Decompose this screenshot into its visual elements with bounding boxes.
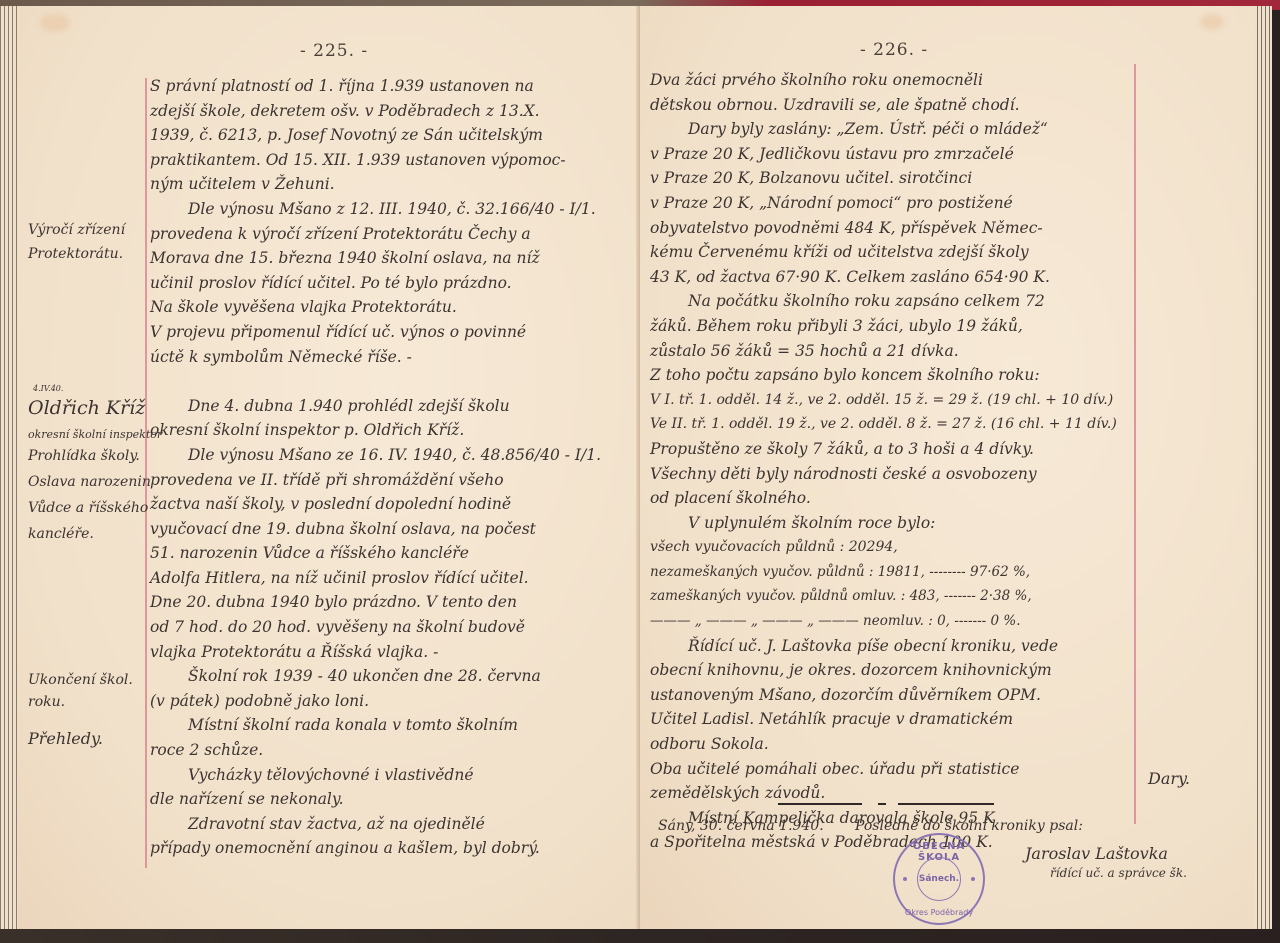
place-date: Sány, 30. června 1.940.	[658, 818, 824, 834]
left-page: - 225. - Výročí zřízení Protektorátu. 4.…	[0, 6, 640, 929]
page-number: - 225. -	[300, 41, 368, 61]
text-line: Zdravotní stav žactva, až na ojedinělé	[150, 812, 630, 837]
page-number: - 226. -	[860, 40, 928, 60]
book-cover-bottom	[0, 929, 1280, 943]
text-line: Vycházky tělovýchovné i vlastivědné	[150, 763, 630, 788]
text-line: roce 2 schůze.	[150, 738, 630, 763]
blank-line	[150, 369, 630, 394]
text-line: dle nařízení se nekonaly.	[150, 787, 630, 812]
text-line: Z toho počtu zapsáno bylo koncem školníh…	[650, 363, 1140, 388]
signature-title: řídící uč. a správce šk.	[1050, 866, 1187, 880]
stamp-center: Sánech.	[917, 857, 961, 901]
margin-note: kancléře.	[28, 524, 94, 545]
text-line: v Praze 20 K, Jedličkovu ústavu pro zmrz…	[650, 142, 1140, 167]
margin-note: Dary.	[1148, 768, 1190, 789]
text-line: učinil proslov řídící učitel. Po té bylo…	[150, 271, 630, 296]
stamp-dot	[903, 877, 907, 881]
stamp-dot	[971, 877, 975, 881]
statistics-row: všech vyučovacích půldnů : 20294,	[650, 535, 1140, 560]
text-line: S právní platností od 1. října 1.939 ust…	[150, 74, 630, 99]
text-line: zdejší škole, dekretem ošv. v Poděbradec…	[150, 99, 630, 124]
margin-note: okresní školní inspektor	[28, 426, 162, 443]
paper-stain	[40, 14, 70, 32]
signature-intro: Posledně do školní kroniky psal:	[855, 818, 1083, 834]
text-line: okresní školní inspektor p. Oldřich Kříž…	[150, 418, 630, 443]
margin-note: Oslava narozenin	[28, 472, 151, 493]
text-line: V projevu připomenul řídící uč. výnos o …	[150, 320, 630, 345]
text-line: od 7 hod. do 20 hod. vyvěšeny na školní …	[150, 615, 630, 640]
margin-note: Vůdce a říšského	[28, 498, 148, 519]
text-line: 43 K, od žactva 67·90 K. Celkem zasláno …	[650, 265, 1140, 290]
text-line: provedena k výročí zřízení Protektorátu …	[150, 222, 630, 247]
text-line: zemědělských závodů.	[650, 781, 1140, 806]
text-line: dětskou obrnou. Uzdravili se, ale špatně…	[650, 93, 1140, 118]
margin-note: Protektorátu.	[28, 244, 123, 265]
text-line: Dle výnosu Mšano ze 16. IV. 1940, č. 48.…	[150, 443, 630, 468]
statistics-row: nezameškaných vyučov. půldnů : 19811, --…	[650, 560, 1140, 585]
text-line: zůstalo 56 žáků = 35 hochů a 21 dívka.	[650, 339, 1140, 364]
text-line: Školní rok 1939 - 40 ukončen dne 28. čer…	[150, 664, 630, 689]
class-count-line: Ve II. tř. 1. odděl. 19 ž., ve 2. odděl.…	[650, 412, 1140, 437]
separator-dash	[878, 803, 886, 805]
text-line: případy onemocnění anginou a kašlem, byl…	[150, 836, 630, 861]
text-line: žáků. Během roku přibyli 3 žáci, ubylo 1…	[650, 314, 1140, 339]
margin-note-date: 4.IV.40.	[33, 378, 63, 399]
stamp-center-text: Sánech.	[919, 874, 959, 884]
text-line: kému Červenému kříži od učitelstva zdejš…	[650, 240, 1140, 265]
text-line: vlajka Protektorátu a Říšská vlajka. -	[150, 640, 630, 665]
text-line: Propuštěno ze školy 7 žáků, a to 3 hoši …	[650, 437, 1140, 462]
margin-note: Výročí zřízení	[28, 220, 125, 241]
text-line: Oba učitelé pomáhali obec. úřadu při sta…	[650, 757, 1140, 782]
text-line: 1939, č. 6213, p. Josef Novotný ze Sán u…	[150, 123, 630, 148]
text-line: Řídící uč. J. Laštovka píše obecní kroni…	[650, 634, 1140, 659]
text-line: Na počátku školního roku zapsáno celkem …	[650, 289, 1140, 314]
statistics-title: V uplynulém školním roce bylo:	[650, 511, 1140, 536]
text-line: Dne 20. dubna 1940 bylo prázdno. V tento…	[150, 590, 630, 615]
margin-note: roku.	[28, 692, 65, 713]
text-line: ným učitelem v Žehuni.	[150, 172, 630, 197]
school-stamp: OBECNÁ ŠKOLA Sánech. Okres Poděbrady	[893, 833, 985, 925]
separator-line	[778, 803, 862, 805]
text-line: Dne 4. dubna 1.940 prohlédl zdejší školu	[150, 394, 630, 419]
text-line: Dle výnosu Mšano z 12. III. 1940, č. 32.…	[150, 197, 630, 222]
left-page-text: S právní platností od 1. října 1.939 ust…	[150, 74, 630, 861]
text-line: 51. narozenin Vůdce a říšského kancléře	[150, 541, 630, 566]
text-line: od placení školného.	[650, 486, 1140, 511]
margin-note: Ukončení škol.	[28, 670, 133, 691]
text-line: Dary byly zaslány: „Zem. Ústř. péči o ml…	[650, 117, 1140, 142]
text-line: obyvatelstvo povodněmi 484 K, příspěvek …	[650, 216, 1140, 241]
right-page: - 226. - Dary. Dva žáci prvého školního …	[640, 6, 1272, 929]
text-line: odboru Sokola.	[650, 732, 1140, 757]
margin-note: Prohlídka školy.	[28, 446, 140, 467]
text-line: Na škole vyvěšena vlajka Protektorátu.	[150, 295, 630, 320]
text-line: v Praze 20 K, „Národní pomoci“ pro posti…	[650, 191, 1140, 216]
page-edge-lines	[0, 6, 18, 929]
text-line: Dva žáci prvého školního roku onemocněli	[650, 68, 1140, 93]
right-page-text: Dva žáci prvého školního roku onemocněli…	[650, 68, 1140, 855]
page-edge-lines	[1254, 6, 1272, 929]
class-count-line: V I. tř. 1. odděl. 14 ž., ve 2. odděl. 1…	[650, 388, 1140, 413]
text-line: vyučovací dne 19. dubna školní oslava, n…	[150, 517, 630, 542]
open-chronicle-book: - 225. - Výročí zřízení Protektorátu. 4.…	[0, 0, 1280, 943]
margin-note-signature: Oldřich Kříž	[28, 398, 145, 419]
text-line: Místní školní rada konala v tomto školní…	[150, 713, 630, 738]
text-line: Morava dne 15. března 1940 školní oslava…	[150, 246, 630, 271]
text-line: Adolfa Hitlera, na níž učinil proslov ří…	[150, 566, 630, 591]
text-line: žactva naší školy, v poslední dopolední …	[150, 492, 630, 517]
text-line: provedena ve II. třídě při shromáždění v…	[150, 468, 630, 493]
signature-name: Jaroslav Laštovka	[1025, 844, 1168, 863]
text-line: (v pátek) podobně jako loni.	[150, 689, 630, 714]
paper-stain	[1200, 14, 1224, 30]
stamp-bottom-text: Okres Poděbrady	[895, 908, 983, 917]
text-line: Všechny děti byly národnosti české a osv…	[650, 462, 1140, 487]
text-line: Učitel Ladisl. Netáhlík pracuje v dramat…	[650, 707, 1140, 732]
statistics-row: zameškaných vyučov. půldnů omluv. : 483,…	[650, 584, 1140, 609]
statistics-row: ——— „ ——— „ ——— „ ——— neomluv. : 0, ----…	[650, 609, 1140, 634]
text-line: ustanoveným Mšano, dozorčím důvěrníkem O…	[650, 683, 1140, 708]
text-line: obecní knihovnu, je okres. dozorcem knih…	[650, 658, 1140, 683]
margin-note: Přehledy.	[28, 728, 103, 749]
text-line: v Praze 20 K, Bolzanovu učitel. sirotčin…	[650, 166, 1140, 191]
separator-line	[898, 803, 994, 805]
text-line: úctě k symbolům Německé říše. -	[150, 345, 630, 370]
text-line: praktikantem. Od 15. XII. 1.939 ustanove…	[150, 148, 630, 173]
